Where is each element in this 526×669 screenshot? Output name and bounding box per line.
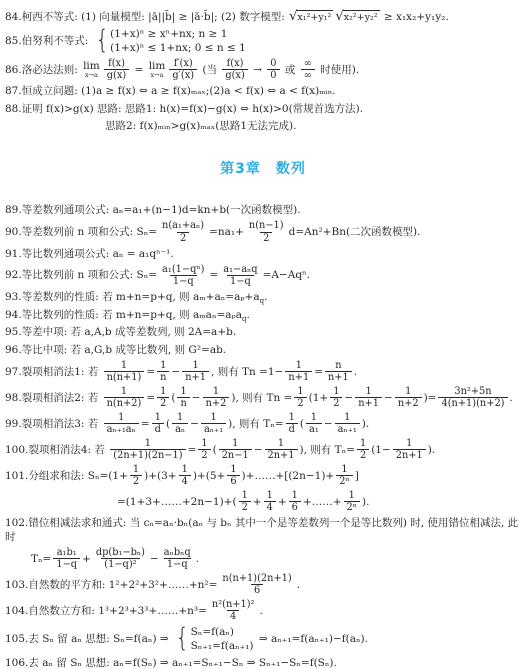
fraction-numerator: 1: [403, 438, 415, 449]
fraction: 1n+2: [203, 386, 230, 410]
fraction-denominator: 4: [264, 501, 276, 513]
fraction-numerator: 1: [174, 412, 186, 423]
formula-text: 89.等差数列通项公式: aₙ=a₁+(n−1)d=kn+b(一次函数模型).: [5, 203, 301, 217]
formula-text: (: [171, 391, 175, 405]
formula-text: )+……+[(2n−1)+: [242, 469, 335, 483]
formula-text: +: [82, 552, 91, 566]
fraction: 12n+1: [265, 438, 298, 462]
formula-text: .: [510, 391, 513, 405]
fraction: 00: [267, 58, 279, 82]
formula-line-86: 86.洛必达法则: limx→af(x)g(x) = limx→af′(x)g′…: [5, 58, 521, 82]
fraction: 1aₙ: [172, 412, 188, 436]
fraction-denominator: 2n−1: [219, 449, 252, 461]
fraction: n(n−1)2: [246, 220, 287, 244]
cases-rows: (1+x)ⁿ ≥ xⁿ+nx; n ≥ 1(1+x)ⁿ ≤ 1+nx; 0 ≤ …: [110, 27, 246, 55]
formula-text: )+(3+: [144, 469, 176, 483]
fraction: f(x)g(x): [222, 58, 247, 82]
formula-text: 93.等差数列的性质: 若 m+n=p+q, 则 aₘ+aₙ=aₚ+aq.: [5, 290, 267, 304]
formula-text: 94.等比数列的性质: 若 m+n=p+q, 则 aₘaₙ=aₚaq.: [5, 308, 250, 322]
fraction-denominator: 4(n+1)(n+2): [438, 397, 507, 409]
cases-row: Sₙ=f(aₙ): [191, 625, 254, 639]
radicand: x₂²+y₂²: [343, 10, 380, 23]
formula-text: 100.裂项相消法4: 若: [5, 443, 108, 457]
cases-rows: Sₙ=f(aₙ)Sₙ₊₁=f(aₙ₊₁): [191, 625, 254, 653]
fraction-denominator: 1−q: [164, 558, 191, 570]
fraction-denominator: 1−q: [170, 275, 197, 287]
fraction: a₁−aₙq1−q: [220, 264, 260, 288]
fraction-denominator: 2ⁿ: [336, 475, 352, 487]
formula-line-102b: Tₙ=a₁b₁1−q+dp(b₁−bₙ)(1−q)²−aₙbₙq1−q.: [5, 547, 521, 571]
fraction-numerator: ∞: [301, 58, 315, 69]
fraction-numerator: 1: [157, 360, 169, 371]
formula-text: 102.错位相减法求和通式: 当 cₙ=aₙ·bₙ(aₙ 与 bₙ 其中一个是等…: [5, 516, 521, 544]
sqrt-expression: √x₂²+y₂²: [335, 10, 379, 24]
formula-text: (: [300, 417, 304, 431]
fraction: 14: [179, 464, 191, 488]
formula-text: ).: [428, 443, 435, 457]
formula-text: −: [384, 391, 393, 405]
formula-line-88: 88.证明 f(x)>g(x) 思路: 思路1: h(x)=f(x)−g(x) …: [5, 101, 521, 116]
formula-text: =: [314, 365, 323, 379]
formula-line-88b: 思路2: f(x)ₘᵢₙ>g(x)ₘₐₓ(思路1无法完成).: [5, 119, 521, 134]
fraction: nn+1: [325, 360, 352, 384]
fraction: 1n+1: [355, 386, 382, 410]
fraction-numerator: 1: [294, 386, 306, 397]
cases-row: (1+x)ⁿ ≤ 1+nx; 0 ≤ n ≤ 1: [110, 41, 246, 55]
fraction-numerator: 1: [338, 464, 350, 475]
fraction-denominator: g(x): [222, 69, 247, 81]
formula-text: , 则有 Tn =1−: [211, 365, 283, 379]
formula-line-89: 89.等差数列通项公式: aₙ=a₁+(n−1)d=kn+b(一次函数模型).: [5, 203, 521, 218]
formula-line-84: 84.柯西不等式: (1) 向量模型: |ā||b̄| ≥ |ā·b̄|; (2…: [5, 10, 521, 25]
formula-text: +: [253, 495, 262, 509]
fraction-numerator: 1: [130, 464, 142, 475]
formula-text: −: [171, 365, 180, 379]
fraction-denominator: 2: [177, 232, 189, 244]
formula-text: +: [278, 495, 287, 509]
fraction-denominator: 2: [130, 475, 142, 487]
formula-text: 96.等比中项: 若 a,G,b 成等比数列, 则 G²=ab.: [5, 343, 226, 357]
fraction-denominator: 2: [357, 449, 369, 461]
fraction-numerator: dp(b₁−bₙ): [93, 547, 148, 558]
formula-text: 或: [282, 63, 299, 77]
formula-text: (1−: [371, 443, 391, 457]
fraction: 1n: [177, 386, 189, 410]
formula-line-90: 90.等差数列前 n 项和公式: Sₙ=n(a₁+aₙ)2=na₁+n(n−1)…: [5, 220, 521, 244]
fraction-numerator: aₙbₙq: [161, 547, 194, 558]
fraction: 3n²+5n4(n+1)(n+2): [438, 386, 507, 410]
left-brace: {: [95, 29, 108, 52]
fraction-denominator: 2ⁿ: [344, 501, 360, 513]
formula-text: =: [209, 268, 218, 282]
fraction-denominator: n: [177, 397, 189, 409]
formula-text: ≥ x₁x₂+y₁y₂.: [381, 10, 449, 24]
cases-row: (1+x)ⁿ ≥ xⁿ+nx; n ≥ 1: [110, 27, 246, 41]
fraction-numerator: 1: [289, 490, 301, 501]
formula-text: 101.分组求和法: Sₙ=(1+: [5, 469, 128, 483]
fraction-numerator: a₁(1−qⁿ): [159, 264, 207, 275]
fraction-denominator: n: [157, 371, 169, 383]
fraction: 1d: [152, 412, 164, 436]
fraction-numerator: 1: [118, 386, 130, 397]
formula-list: 84.柯西不等式: (1) 向量模型: |ā||b̄| ≥ |ā·b̄|; (2…: [5, 10, 521, 669]
formula-text: −: [190, 417, 199, 431]
formula-line-98: 98.裂项相消法2: 若 1n(n+2)=12(1n−1n+2), 则有 Tn …: [5, 386, 521, 410]
formula-line-97: 97.裂项相消法1: 若 1n(n+1)=1n−1n+1, 则有 Tn =1−1…: [5, 360, 521, 384]
fraction-numerator: 1: [357, 438, 369, 449]
fraction: n(a₁+aₙ)2: [159, 220, 207, 244]
formula-line-85: 85.伯努利不等式: {(1+x)ⁿ ≥ xⁿ+nx; n ≥ 1(1+x)ⁿ …: [5, 27, 521, 55]
formula-text: 87.恒成立问题: (1)a ≥ f(x) ⇔ a ≥ f(x)ₘₐₓ;(2)a…: [5, 84, 336, 98]
fraction: a₁b₁1−q: [53, 547, 80, 571]
formula-text: −: [150, 552, 159, 566]
chapter-heading: 第3章 数列: [5, 160, 521, 179]
fraction-numerator: 0: [267, 58, 279, 69]
fraction-denominator: 2n+1: [393, 449, 426, 461]
formula-text: ).: [362, 417, 369, 431]
sqrt-expression: √x₁²+y₁²: [289, 10, 333, 24]
fraction-denominator: 4: [179, 475, 191, 487]
formula-line-91: 91.等比数列通项公式: aₙ = a₁qⁿ⁻¹.: [5, 246, 521, 261]
fraction-denominator: n(n+1): [104, 371, 145, 383]
fraction-denominator: 2n+1: [265, 449, 298, 461]
fraction-numerator: 1: [346, 490, 358, 501]
fraction-numerator: 1: [210, 386, 222, 397]
formula-text: 98.裂项相消法2: 若: [5, 391, 102, 405]
fraction-numerator: n(a₁+aₙ): [159, 220, 207, 231]
formula-line-93: 93.等差数列的性质: 若 m+n=p+q, 则 aₘ+aₙ=aₚ+aq.: [5, 290, 521, 305]
fraction: 1d: [286, 412, 298, 436]
fraction: f(x)g(x): [104, 58, 129, 82]
fraction-denominator: 2: [198, 449, 210, 461]
fraction-numerator: f(x): [105, 58, 128, 69]
fraction: 1n: [157, 360, 169, 384]
fraction: 12: [357, 438, 369, 462]
fraction: 1n+2: [395, 386, 422, 410]
formula-line-103: 103.自然数的平方和: 1²+2²+3²+……+n²=n(n+1)(2n+1)…: [5, 573, 521, 597]
fraction-denominator: n+1: [285, 371, 312, 383]
cases-row: Sₙ₊₁=f(aₙ₊₁): [191, 639, 254, 653]
fraction-numerator: 1: [190, 360, 202, 371]
formula-text: =A−Aqⁿ.: [263, 268, 310, 282]
formula-text: 106.去 aₙ 留 Sₙ 思想: aₙ=f(Sₙ) ⇒ aₙ₊₁=Sₙ₊₁−S…: [5, 656, 337, 669]
fraction-numerator: 1: [330, 386, 342, 397]
fraction-numerator: n²(n+1)²: [209, 599, 258, 610]
fraction-numerator: 1: [229, 438, 241, 449]
fraction-numerator: 1: [142, 438, 154, 449]
formula-line-105: 105.去 Sₙ 留 aₙ 思想: Sₙ=f(aₙ) ⇒ {Sₙ=f(aₙ)Sₙ…: [5, 625, 521, 653]
formula-text: +……+: [303, 495, 342, 509]
fraction-denominator: g(x): [104, 69, 129, 81]
fraction: 12: [239, 490, 251, 514]
formula-text: (: [213, 443, 217, 457]
fraction-denominator: n+1: [355, 397, 382, 409]
fraction-denominator: 2: [157, 397, 169, 409]
cases-group: {(1+x)ⁿ ≥ xⁿ+nx; n ≥ 1(1+x)ⁿ ≤ 1+nx; 0 ≤…: [94, 27, 246, 55]
fraction: 12ⁿ: [336, 464, 352, 488]
formula-text: =na₁+: [209, 225, 244, 239]
fraction-denominator: n+1: [182, 371, 209, 383]
formula-text: Tₙ=: [31, 552, 51, 566]
fraction-denominator: 6: [251, 584, 263, 596]
fraction-numerator: 1: [286, 412, 298, 423]
formula-line-92: 92.等比数列前 n 项和公式: Sₙ=a₁(1−qⁿ)1−q=a₁−aₙq1−…: [5, 264, 521, 288]
formula-text: 92.等比数列前 n 项和公式: Sₙ=: [5, 268, 157, 282]
fraction-denominator: 6: [289, 501, 301, 513]
fraction: n²(n+1)²4: [209, 599, 258, 623]
formula-text: 86.洛必达法则:: [5, 63, 81, 77]
formula-text: =: [146, 365, 155, 379]
fraction-denominator: 1−q: [227, 275, 254, 287]
fraction-denominator: d: [286, 423, 298, 435]
fraction-numerator: a₁b₁: [54, 547, 80, 558]
formula-line-106: 106.去 aₙ 留 Sₙ 思想: aₙ=f(Sₙ) ⇒ aₙ₊₁=Sₙ₊₁−S…: [5, 656, 521, 669]
formula-text: 99.裂项相消法3: 若: [5, 417, 102, 431]
formula-text: ), 则有 Tₙ=: [300, 443, 355, 457]
formula-text: 95.等差中项: 若 a,A,b 成等差数列, 则 2A=a+b.: [5, 325, 236, 339]
formula-text: 103.自然数的平方和: 1²+2²+3²+……+n²=: [5, 578, 217, 592]
fraction: 12ⁿ: [344, 490, 360, 514]
fraction: 12: [130, 464, 142, 488]
formula-text: ⇒ aₙ₊₁=f(aₙ₊₁)−f(aₙ).: [256, 632, 368, 646]
left-brace: {: [176, 627, 189, 650]
fraction-denominator: 4: [227, 610, 239, 622]
fraction-denominator: a₁: [306, 423, 322, 435]
formula-text: (: [166, 417, 170, 431]
limit-subscript: x→a: [85, 72, 98, 79]
formula-line-104: 104.自然数立方和: 1³+2³+3³+……+n³=n²(n+1)²4.: [5, 599, 521, 623]
formula-line-102: 102.错位相减法求和通式: 当 cₙ=aₙ·bₙ(aₙ 与 bₙ 其中一个是等…: [5, 516, 521, 544]
fraction: 1aₙ₊₁aₙ: [104, 412, 139, 436]
fraction: 14: [264, 490, 276, 514]
fraction-numerator: 1: [178, 386, 190, 397]
fraction-denominator: n+2: [395, 397, 422, 409]
formula-text: =: [141, 417, 150, 431]
formula-text: −: [254, 443, 263, 457]
formula-line-96: 96.等比中项: 若 a,G,b 成等比数列, 则 G²=ab.: [5, 342, 521, 357]
formula-line-101b: =(1+3+……+2n−1)+(12+14+16+……+12ⁿ).: [5, 490, 521, 514]
fraction-numerator: 3n²+5n: [451, 386, 494, 397]
fraction-numerator: 1: [179, 464, 191, 475]
formula-line-87: 87.恒成立问题: (1)a ≥ f(x) ⇔ a ≥ f(x)ₘₐₓ;(2)a…: [5, 84, 521, 99]
fraction-numerator: 1: [239, 490, 251, 501]
formula-text: .: [196, 552, 199, 566]
fraction-denominator: (2n+1)(2n−1): [110, 449, 185, 461]
fraction-numerator: 1: [152, 412, 164, 423]
fraction-numerator: 1: [198, 438, 210, 449]
fraction-denominator: (1−q)²: [101, 558, 139, 570]
formula-text: (当: [199, 63, 220, 77]
formula-text: −: [324, 417, 333, 431]
formula-text: =: [146, 391, 155, 405]
formula-line-95: 95.等差中项: 若 a,A,b 成等差数列, 则 2A=a+b.: [5, 325, 521, 340]
formula-line-100: 100.裂项相消法4: 若 1(2n+1)(2n−1)=12(12n−1−12n…: [5, 438, 521, 462]
formula-text: 思路2: f(x)ₘᵢₙ>g(x)ₘₐₓ(思路1无法完成).: [105, 119, 296, 133]
formula-text: 88.证明 f(x)>g(x) 思路: 思路1: h(x)=f(x)−g(x) …: [5, 102, 363, 116]
fraction-denominator: 6: [227, 475, 239, 487]
fraction-denominator: n+2: [203, 397, 230, 409]
fraction-denominator: g′(x): [169, 69, 197, 81]
formula-text: ), 则有 Tₙ=: [228, 417, 283, 431]
fraction-denominator: aₙ₊₁aₙ: [104, 423, 139, 435]
formula-text: 84.柯西不等式: (1) 向量模型: |ā||b̄| ≥ |ā·b̄|; (2…: [5, 10, 288, 24]
fraction: 1n+1: [285, 360, 312, 384]
formula-text: 104.自然数立方和: 1³+2³+3³+……+n³=: [5, 604, 207, 618]
formula-text: 时使用).: [317, 63, 359, 77]
fraction: dp(b₁−bₙ)(1−q)²: [93, 547, 148, 571]
fraction: 12: [330, 386, 342, 410]
fraction: 12n+1: [393, 438, 426, 462]
fraction-numerator: 1: [293, 360, 305, 371]
fraction: 12n−1: [219, 438, 252, 462]
fraction: 16: [289, 490, 301, 514]
fraction-denominator: 2: [239, 501, 251, 513]
fraction: 12: [294, 386, 306, 410]
formula-text: 91.等比数列通项公式: aₙ = a₁qⁿ⁻¹.: [5, 247, 174, 261]
formula-text: ), 则有 Tn =: [231, 391, 292, 405]
fraction-numerator: 1: [227, 464, 239, 475]
formula-text: .: [259, 604, 262, 618]
fraction: 12: [198, 438, 210, 462]
limit-operator: limx→a: [83, 61, 100, 79]
fraction: 1(2n+1)(2n−1): [110, 438, 185, 462]
formula-text: .: [297, 578, 300, 592]
fraction-numerator: a₁−aₙq: [220, 264, 260, 275]
formula-text: ).: [362, 495, 369, 509]
formula-text: =(1+3+……+2n−1)+(: [117, 495, 237, 509]
fraction-numerator: 1: [275, 438, 287, 449]
fraction-denominator: 2: [260, 232, 272, 244]
fraction: 1n(n+2): [104, 386, 145, 410]
limit-word: lim: [149, 61, 166, 72]
document-page: 84.柯西不等式: (1) 向量模型: |ā||b̄| ≥ |ā·b̄|; (2…: [0, 0, 526, 669]
limit-word: lim: [83, 61, 100, 72]
formula-text: −: [344, 391, 353, 405]
formula-text: =: [188, 443, 197, 457]
fraction: 12: [157, 386, 169, 410]
fraction-denominator: aₙ₊₁: [335, 423, 360, 435]
formula-text: →: [250, 63, 265, 77]
fraction: aₙbₙq1−q: [161, 547, 194, 571]
fraction-numerator: 1: [157, 386, 169, 397]
formula-text: .: [354, 365, 357, 379]
fraction-denominator: aₙ: [172, 423, 188, 435]
radicand: x₁²+y₁²: [296, 10, 333, 23]
fraction: f′(x)g′(x): [169, 58, 197, 82]
limit-subscript: x→a: [151, 72, 164, 79]
fraction: 1aₙ₊₁: [335, 412, 360, 436]
fraction-denominator: n+1: [325, 371, 352, 383]
formula-text: 105.去 Sₙ 留 aₙ 思想: Sₙ=f(aₙ) ⇒: [5, 632, 172, 646]
fraction-numerator: 1: [264, 490, 276, 501]
fraction-denominator: 2: [330, 397, 342, 409]
fraction-numerator: 1: [363, 386, 375, 397]
fraction: 16: [227, 464, 239, 488]
cases-group: {Sₙ=f(aₙ)Sₙ₊₁=f(aₙ₊₁): [174, 625, 253, 653]
formula-text: ]: [355, 469, 359, 483]
fraction-numerator: f(x): [224, 58, 247, 69]
formula-text: 97.裂项相消法1: 若: [5, 365, 102, 379]
formula-text: )=: [424, 391, 437, 405]
formula-text: =: [131, 63, 146, 77]
formula-line-101: 101.分组求和法: Sₙ=(1+12)+(3+14)+(5+16)+……+[(…: [5, 464, 521, 488]
fraction: a₁(1−qⁿ)1−q: [159, 264, 207, 288]
fraction: 1n+1: [182, 360, 209, 384]
fraction-numerator: n(n+1)(2n+1): [219, 573, 294, 584]
fraction-denominator: n(n+2): [104, 397, 145, 409]
fraction-denominator: 2: [294, 397, 306, 409]
fraction: ∞∞: [301, 58, 315, 82]
formula-text: −: [192, 391, 201, 405]
formula-text: (1+: [309, 391, 329, 405]
fraction-denominator: 0: [267, 69, 279, 81]
fraction-denominator: d: [152, 423, 164, 435]
formula-text: 90.等差数列前 n 项和公式: Sₙ=: [5, 225, 157, 239]
fraction-numerator: n: [332, 360, 344, 371]
fraction-denominator: aₙ₊₁: [201, 423, 226, 435]
fraction-numerator: 1: [207, 412, 219, 423]
formula-text: )+(5+: [193, 469, 225, 483]
fraction-numerator: 1: [402, 386, 414, 397]
fraction-denominator: 1−q: [53, 558, 80, 570]
formula-text: 85.伯努利不等式:: [5, 34, 92, 48]
fraction-numerator: 1: [115, 412, 127, 423]
fraction-numerator: 1: [341, 412, 353, 423]
fraction-numerator: f′(x): [171, 58, 196, 69]
fraction: 1aₙ₊₁: [201, 412, 226, 436]
fraction-denominator: ∞: [301, 69, 315, 81]
limit-operator: limx→a: [149, 61, 166, 79]
fraction: 1a₁: [306, 412, 322, 436]
formula-text: d=An²+Bn(二次函数模型).: [289, 225, 421, 239]
fraction-numerator: 1: [308, 412, 320, 423]
fraction: n(n+1)(2n+1)6: [219, 573, 294, 597]
formula-line-94: 94.等比数列的性质: 若 m+n=p+q, 则 aₘaₙ=aₚaq.: [5, 307, 521, 322]
formula-line-99: 99.裂项相消法3: 若 1aₙ₊₁aₙ=1d(1aₙ−1aₙ₊₁), 则有 T…: [5, 412, 521, 436]
fraction-numerator: 1: [118, 360, 130, 371]
fraction-numerator: n(n−1): [246, 220, 287, 231]
fraction: 1n(n+1): [104, 360, 145, 384]
